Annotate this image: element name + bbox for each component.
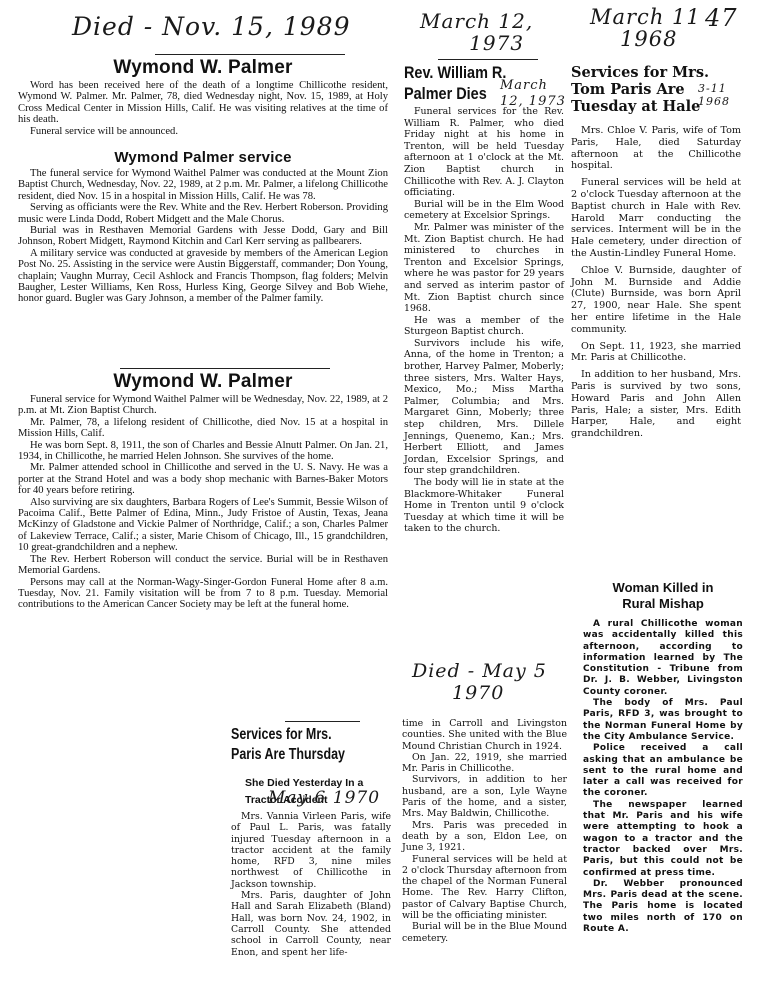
article-paragraph: The newspaper learned that Mr. Paris and… bbox=[583, 800, 743, 879]
article-headline: Wymond W. Palmer bbox=[18, 370, 388, 394]
handwritten-date-march-11-1968: March 11 1968 bbox=[590, 6, 701, 50]
article-paragraph: Mrs. Paris was preceded in death by a so… bbox=[402, 820, 567, 854]
article-body: Mrs. Chloe V. Paris, wife of Tom Paris, … bbox=[571, 125, 741, 440]
article-paragraph: Police received a call asking that an am… bbox=[583, 743, 743, 799]
article-paragraph: Chloe V. Burnside, daughter of John M. B… bbox=[571, 265, 741, 336]
article-rev-william-palmer: Rev. William R. Palmer Dies Funeral serv… bbox=[404, 62, 564, 535]
handwritten-date-died-1989: Died - Nov. 15, 1989 bbox=[72, 12, 350, 41]
headline-line: Services for Mrs. bbox=[571, 64, 741, 81]
handwritten-date-died-may-5-1970: Died - May 5 1970 bbox=[412, 660, 547, 704]
headline-line: Woman Killed in bbox=[583, 580, 743, 596]
article-paragraph: Persons may call at the Norman-Wagy-Sing… bbox=[18, 577, 388, 611]
article-mrs-paris-services-thursday: Services for Mrs. Paris Are Thursday She… bbox=[231, 725, 391, 958]
handwritten-date-march-12-1973-inline: March 12, 1973 bbox=[500, 78, 566, 110]
handwritten-line: March 11 bbox=[590, 6, 701, 28]
article-paragraph: Survivors include his wife, Anna, of the… bbox=[404, 338, 564, 477]
article-paragraph: In addition to her husband, Mrs. Paris i… bbox=[571, 369, 741, 440]
article-paragraph: The body of Mrs. Paul Paris, RFD 3, was … bbox=[583, 698, 743, 743]
article-paragraph: Mr. Palmer was minister of the Mt. Zion … bbox=[404, 222, 564, 315]
divider-rule bbox=[438, 59, 538, 60]
handwritten-line: 3-11 bbox=[698, 82, 730, 95]
article-mrs-paris-services-thursday-continued: time in Carroll and Livingston counties.… bbox=[402, 718, 567, 944]
handwritten-date-march-12-1973: March 12, 1973 bbox=[420, 10, 533, 54]
article-paragraph: On Jan. 22, 1919, she married Mr. Paris … bbox=[402, 752, 567, 775]
article-paragraph: Funeral service for Wymond Waithel Palme… bbox=[18, 394, 388, 417]
article-paragraph: He was born Sept. 8, 1911, the son of Ch… bbox=[18, 440, 388, 463]
article-paragraph: Also surviving are six daughters, Barbar… bbox=[18, 497, 388, 554]
article-paragraph: Dr. Webber pronounced Mrs. Paris dead at… bbox=[583, 879, 743, 935]
article-paragraph: Survivors, in addition to her husband, a… bbox=[402, 774, 567, 819]
article-body: Word has been received here of the death… bbox=[18, 80, 388, 137]
article-paragraph: Burial will be in the Blue Mound cemeter… bbox=[402, 921, 567, 944]
article-body: Funeral services for the Rev. William R.… bbox=[404, 106, 564, 535]
article-paragraph: The funeral service for Wymond Waithel P… bbox=[18, 168, 388, 202]
article-wymond-palmer-death-notice: Wymond W. Palmer Word has been received … bbox=[18, 56, 388, 137]
handwritten-line: 12, 1973 bbox=[500, 94, 566, 110]
article-paragraph: Mrs. Chloe V. Paris, wife of Tom Paris, … bbox=[571, 125, 741, 172]
article-body-column-2: time in Carroll and Livingston counties.… bbox=[402, 718, 567, 944]
article-paragraph: A rural Chillicothe woman was accidental… bbox=[583, 619, 743, 698]
handwritten-line: Died - May 5 bbox=[412, 660, 547, 682]
article-body: A rural Chillicothe woman was accidental… bbox=[583, 619, 743, 935]
headline-line: Services for Mrs. bbox=[231, 725, 356, 745]
handwritten-line: 1968 bbox=[698, 95, 730, 108]
handwritten-date-may-6-1970: May 6 1970 bbox=[268, 788, 380, 808]
handwritten-line: March bbox=[500, 78, 566, 94]
article-paragraph: Mrs. Vannia Virleen Paris, wife of Paul … bbox=[231, 811, 391, 890]
article-paragraph: The body will lie in state at the Blackm… bbox=[404, 477, 564, 535]
divider-rule bbox=[120, 368, 330, 369]
article-paragraph: Serving as officiants were the Rev. Whit… bbox=[18, 202, 388, 225]
article-wymond-palmer-funeral-notice: Wymond W. Palmer Funeral service for Wym… bbox=[18, 370, 388, 611]
article-paragraph: Funeral services for the Rev. William R.… bbox=[404, 106, 564, 199]
handwritten-line: March 12, bbox=[420, 10, 533, 32]
handwritten-page-number: 47 bbox=[705, 4, 738, 32]
article-headline: Wymond W. Palmer bbox=[18, 56, 388, 80]
article-paragraph: A military service was conducted at grav… bbox=[18, 248, 388, 305]
article-wymond-palmer-service: Wymond Palmer service The funeral servic… bbox=[18, 148, 388, 305]
headline-line: Rural Mishap bbox=[583, 596, 743, 612]
handwritten-line: 1968 bbox=[590, 28, 701, 50]
article-body: The funeral service for Wymond Waithel P… bbox=[18, 168, 388, 305]
article-paragraph: time in Carroll and Livingston counties.… bbox=[402, 718, 567, 752]
article-paragraph: Funeral service will be announced. bbox=[18, 126, 388, 137]
article-paragraph: Mr. Palmer attended school in Chillicoth… bbox=[18, 462, 388, 496]
article-paragraph: Burial will be in the Elm Wood cemetery … bbox=[404, 199, 564, 222]
article-paragraph: Funeral services will be held at 2 o'clo… bbox=[402, 854, 567, 922]
article-body: Funeral service for Wymond Waithel Palme… bbox=[18, 394, 388, 611]
divider-rule bbox=[285, 721, 360, 722]
article-paragraph: Mr. Palmer, 78, a lifelong resident of C… bbox=[18, 417, 388, 440]
handwritten-line: 1973 bbox=[420, 32, 533, 54]
article-mrs-tom-paris-services: Services for Mrs. Tom Paris Are Tuesday … bbox=[571, 64, 741, 445]
article-paragraph: The Rev. Herbert Roberson will conduct t… bbox=[18, 554, 388, 577]
article-headline: Services for Mrs. Paris Are Thursday bbox=[231, 725, 356, 765]
handwritten-line: 1970 bbox=[412, 682, 547, 704]
article-headline: Wymond Palmer service bbox=[18, 148, 388, 168]
article-paragraph: Funeral services will be held at 2 o'clo… bbox=[571, 177, 741, 260]
article-body-column-1: Mrs. Vannia Virleen Paris, wife of Paul … bbox=[231, 811, 391, 958]
article-woman-killed-rural-mishap: Woman Killed in Rural Mishap A rural Chi… bbox=[583, 580, 743, 935]
article-paragraph: Burial was in Resthaven Memorial Gardens… bbox=[18, 225, 388, 248]
article-paragraph: He was a member of the Sturgeon Baptist … bbox=[404, 315, 564, 338]
article-paragraph: On Sept. 11, 1923, she married Mr. Paris… bbox=[571, 341, 741, 365]
handwritten-date-3-11-1968: 3-11 1968 bbox=[698, 82, 730, 108]
article-paragraph: Word has been received here of the death… bbox=[18, 80, 388, 126]
article-paragraph: Mrs. Paris, daughter of John Hall and Sa… bbox=[231, 890, 391, 958]
article-headline: Woman Killed in Rural Mishap bbox=[583, 580, 743, 612]
headline-line: Paris Are Thursday bbox=[231, 745, 356, 765]
divider-rule bbox=[155, 54, 345, 55]
